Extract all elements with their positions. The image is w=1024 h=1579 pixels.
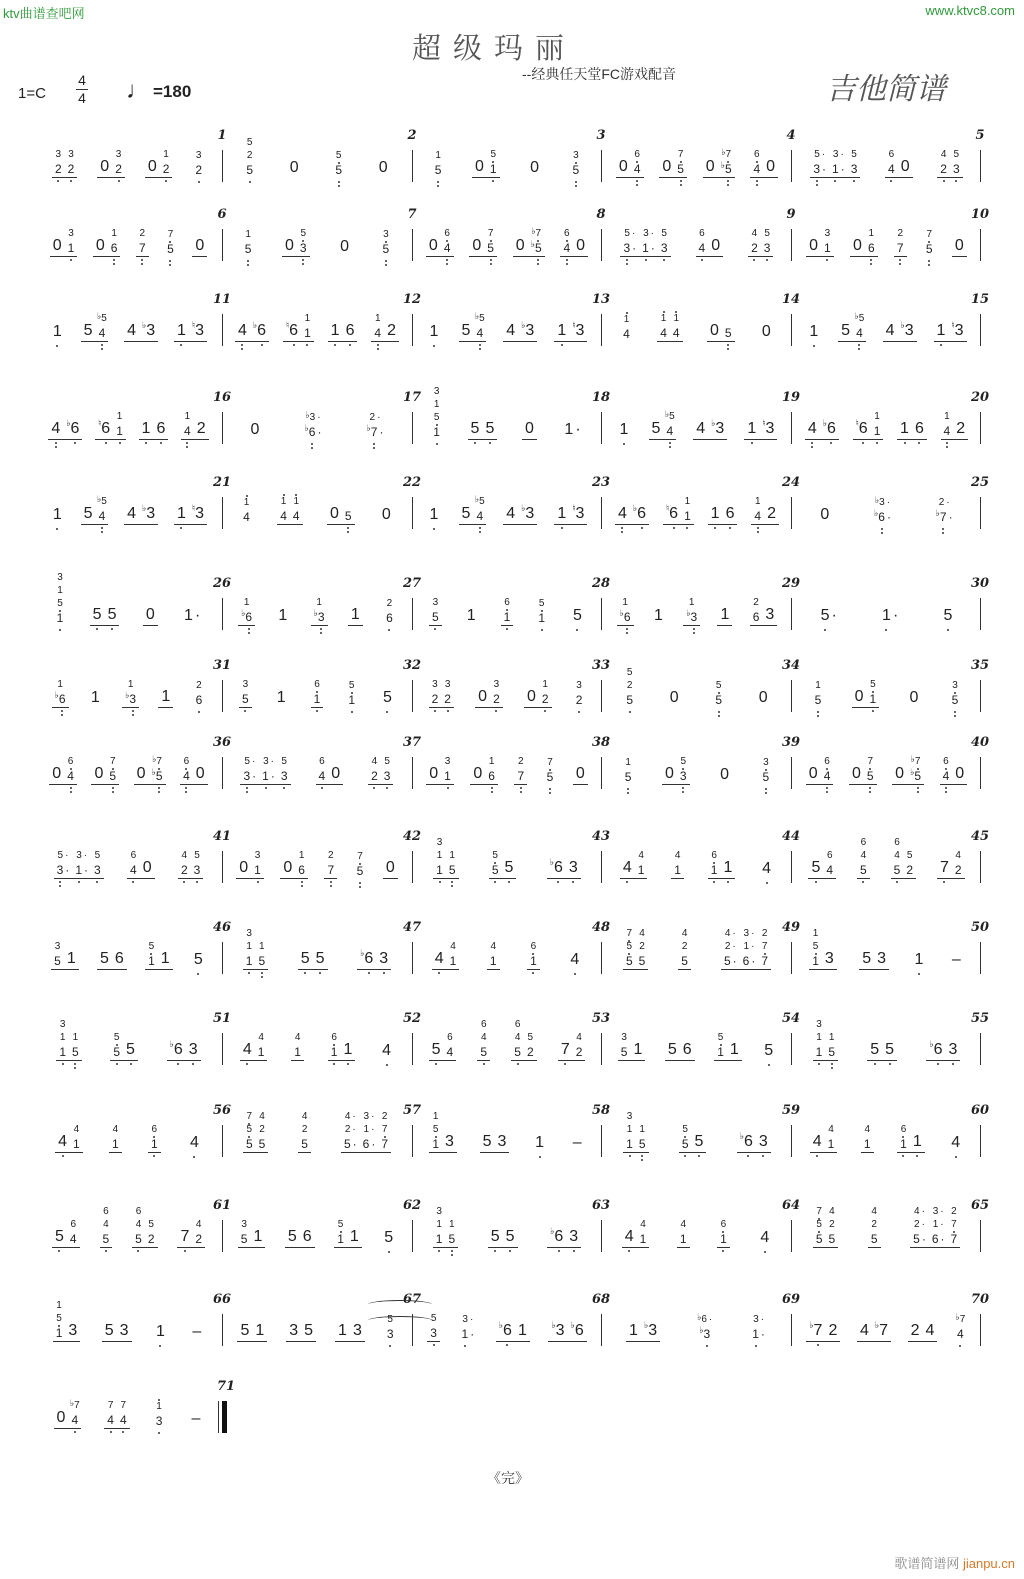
note-digit: 3	[146, 506, 155, 522]
note-column: 53	[381, 757, 394, 785]
note-column: 0	[717, 767, 732, 785]
note-column: 0	[513, 238, 528, 257]
note-digit: 5	[435, 164, 442, 176]
note-digit: 6	[68, 757, 74, 767]
beat: 441	[810, 1125, 838, 1153]
note-column: 4·2·5·	[721, 929, 740, 970]
note-digit: 2	[148, 1233, 155, 1245]
low-octave-dot	[718, 711, 720, 713]
note-digit: 5	[506, 1229, 515, 1245]
note-column: 4	[379, 1043, 394, 1061]
sustain-dash: –	[192, 1324, 201, 1340]
note-column: 75	[674, 150, 687, 178]
beat: 64552	[132, 1207, 157, 1248]
note: 1	[867, 693, 880, 708]
note-column: 1♭3	[683, 598, 700, 626]
note-column: 5·3·	[810, 150, 829, 178]
note-column: 311	[623, 1112, 636, 1153]
beat: 26	[383, 599, 396, 626]
note-column: 0	[236, 860, 251, 879]
note: 0	[708, 238, 723, 257]
chord-note: 4	[302, 1112, 308, 1122]
barline	[412, 1033, 413, 1065]
low-octave-dot	[130, 1063, 132, 1065]
barline	[791, 412, 792, 444]
low-octave-dot	[158, 791, 160, 793]
rest: 0	[710, 323, 719, 339]
note: 0	[573, 766, 588, 785]
note: 4	[693, 421, 708, 440]
note: 4	[810, 1134, 825, 1153]
chord-note: 5·	[624, 229, 635, 239]
note-digit: 5	[913, 1233, 920, 1245]
low-octave-dot	[105, 442, 107, 444]
note: 1	[825, 1138, 838, 1153]
low-octave-dot	[333, 1063, 335, 1065]
chord-note: 7	[121, 1401, 127, 1411]
note: 0	[756, 690, 771, 708]
augmentation-dot: ·	[893, 607, 898, 624]
low-octave-dot	[185, 787, 187, 789]
low-octave-dot	[186, 446, 188, 448]
note: 5	[106, 770, 119, 785]
note-digit: 7	[940, 860, 949, 876]
low-octave-dot	[817, 711, 819, 713]
note-digit: 5	[724, 955, 731, 967]
note: ♭6	[926, 1042, 945, 1061]
beat: 5♭54	[459, 314, 487, 342]
beat: 525	[243, 138, 256, 178]
note-digit: 1	[177, 323, 186, 339]
beat: 1♮3	[554, 506, 587, 525]
low-octave-dot	[158, 1432, 160, 1434]
note-column: ♭7	[872, 1323, 891, 1342]
augmentation-dot: ·	[632, 241, 636, 255]
note-column: 32	[52, 150, 65, 178]
note-digit: 5	[113, 1046, 120, 1058]
note-digit: 1	[490, 163, 497, 175]
low-octave-dot	[636, 180, 638, 182]
note-column: 5	[342, 510, 355, 525]
note-digit: 1	[622, 598, 628, 608]
note-digit: 4	[828, 1125, 834, 1135]
note-column: 15	[69, 1033, 82, 1061]
note: 7	[514, 770, 527, 785]
low-octave-dot	[347, 531, 349, 533]
note-column: 42	[937, 150, 950, 178]
beat: 640	[316, 757, 344, 785]
high-octave-dot	[675, 311, 677, 313]
barline	[222, 942, 223, 974]
note-digit: 5	[462, 506, 471, 522]
note-digit: 3	[76, 851, 82, 861]
note: 1	[897, 421, 912, 440]
note-digit: 6	[386, 612, 393, 624]
note-column: ♭7	[806, 1323, 825, 1342]
low-octave-dot	[916, 1155, 918, 1157]
note-digit: 1	[900, 1138, 907, 1150]
rest: 0	[759, 690, 768, 706]
note-digit: 3	[573, 151, 579, 161]
site-url-right: www.ktvc8.com	[925, 3, 1015, 18]
low-octave-dot	[122, 1431, 124, 1433]
note-digit: 1	[642, 242, 649, 254]
chord-note: 5	[680, 757, 686, 767]
note-digit: 6	[564, 229, 570, 239]
note-digit: 6	[101, 421, 110, 437]
low-octave-dot	[817, 715, 819, 717]
low-octave-dot	[386, 1064, 388, 1066]
note-digit: 5	[816, 1233, 823, 1245]
low-octave-dot	[718, 715, 720, 717]
chord-note: 5	[492, 851, 498, 861]
note: 1·	[459, 1328, 478, 1342]
note: 0	[522, 421, 537, 440]
note: 5	[618, 1046, 631, 1061]
note-digit: 5	[492, 864, 499, 876]
beat: 35	[429, 598, 442, 626]
beat: 1	[50, 324, 65, 342]
low-octave-dot	[141, 263, 143, 265]
note: 5	[237, 1323, 252, 1342]
note: ♭6	[737, 1134, 756, 1153]
note: 4	[67, 1233, 80, 1248]
low-octave-dot	[549, 788, 551, 790]
note-column: 5	[81, 323, 96, 342]
beat: 012	[524, 680, 552, 708]
note-digit: 4	[754, 510, 761, 522]
low-octave-dot	[942, 532, 944, 534]
beat: 441	[622, 1220, 650, 1248]
note: 3	[822, 951, 837, 970]
beat: 0	[287, 160, 302, 178]
chord-note: 3	[383, 230, 389, 240]
rest: 0	[143, 860, 152, 876]
note-digit: 3	[494, 680, 500, 690]
note-column: 5	[298, 951, 313, 970]
chord-note: 4	[941, 150, 947, 160]
beat: 7474	[104, 1401, 129, 1429]
note-digit: 5	[72, 1046, 79, 1058]
note-digit: 1	[685, 497, 691, 507]
beat: 645	[857, 838, 870, 879]
low-octave-dot	[433, 528, 435, 530]
low-octave-dot	[377, 348, 379, 350]
note-digit: 5	[246, 1138, 253, 1150]
note-digit: 1	[684, 510, 691, 522]
measure: 56464564552742	[42, 1207, 215, 1248]
rest: 0	[340, 239, 349, 255]
note: 1	[626, 1323, 641, 1342]
note: 5	[301, 1323, 316, 1342]
note-digit: 2	[259, 1125, 265, 1135]
note-digit: 1	[116, 425, 123, 437]
low-octave-dot	[180, 344, 182, 346]
augmentation-dot: ·	[575, 421, 580, 438]
watermark-text: 歌谱简谱网	[894, 1556, 959, 1571]
beat: 511	[145, 942, 173, 970]
note-digit: 5	[258, 955, 265, 967]
note: 4	[117, 1414, 130, 1429]
barline	[601, 150, 602, 182]
low-octave-dot	[74, 1063, 76, 1065]
note-digit: 1	[293, 497, 299, 507]
chord-note: 4	[639, 929, 645, 939]
note-column: 7	[177, 1229, 192, 1248]
chord-note: ♭7	[152, 757, 162, 767]
note: 2	[953, 421, 968, 440]
note-digit: 5	[626, 694, 633, 706]
chord-note: 1	[111, 229, 117, 239]
note-digit: 4	[372, 757, 378, 767]
note: 0	[952, 766, 967, 785]
note: 1	[348, 607, 363, 626]
note-column: 5	[480, 1134, 495, 1153]
note: 1	[70, 1138, 83, 1153]
note-digit: 3	[432, 680, 438, 690]
beat: 2·♭7·	[933, 498, 956, 525]
note-column: 1	[806, 324, 821, 342]
measure-number: 19	[782, 390, 800, 405]
beat: 0	[248, 422, 263, 440]
note-column: 51	[867, 680, 880, 708]
note-digit: 5	[126, 1042, 135, 1058]
chord-note: 3·	[364, 1112, 375, 1122]
note: 1·	[639, 242, 658, 257]
note-digit: 5	[870, 1042, 879, 1058]
low-octave-dot	[572, 881, 574, 883]
measure-number: 68	[592, 1292, 610, 1307]
chord-note: 2	[518, 757, 524, 767]
beat: 41	[861, 1125, 874, 1153]
note-column: 2	[953, 421, 968, 440]
note-column: 645	[132, 1207, 145, 1248]
note: 4	[235, 323, 250, 342]
note-column: ♭6	[250, 323, 269, 342]
note-column: 1	[64, 951, 79, 970]
measure: 141414050	[228, 497, 406, 525]
chord-note: 1	[829, 1033, 835, 1043]
note-column: 645	[511, 1020, 524, 1061]
note-digit: 1	[299, 851, 305, 861]
chord-note: 3	[55, 942, 61, 952]
augmentation-dot: ·	[352, 1111, 355, 1122]
note: 1	[250, 1229, 265, 1248]
note-digit: 5	[479, 314, 485, 324]
note: 5	[891, 864, 904, 879]
note: 0	[192, 238, 207, 257]
note-column: 4	[615, 506, 630, 525]
note-digit: 1	[620, 422, 629, 438]
low-octave-dot	[506, 1344, 508, 1346]
chord-note: 3	[68, 150, 74, 160]
note-digit: 7	[74, 1401, 80, 1411]
note-digit: 6	[889, 150, 895, 160]
low-octave-dot	[180, 527, 182, 529]
note: 5·	[721, 955, 740, 970]
beat: 31115	[433, 1207, 458, 1248]
note-digit: 1	[262, 770, 269, 782]
note-digit: 3	[281, 770, 288, 782]
note-digit: 2	[762, 929, 768, 939]
beat: 0♭7♭5	[892, 757, 924, 785]
note-column: 0	[143, 607, 158, 626]
note-column: ♭54	[96, 314, 109, 342]
note-column: 35	[949, 681, 962, 708]
beat: 640	[180, 757, 208, 785]
note: 4	[48, 421, 63, 440]
note-column: 5	[692, 1134, 707, 1153]
note-column: 14	[751, 497, 764, 525]
low-octave-dot	[945, 787, 947, 789]
note-digit: 1	[937, 323, 946, 339]
augmentation-dot: ·	[832, 607, 837, 624]
beat: 4	[187, 1135, 202, 1153]
note: 5	[100, 1233, 113, 1248]
low-octave-dot	[248, 628, 250, 630]
beat: 4♭3	[503, 323, 537, 342]
chord-note: 1	[73, 1033, 79, 1043]
note: 4	[885, 163, 898, 178]
note-digit: 4	[640, 1220, 646, 1230]
beat: 0♭7♭5	[513, 229, 545, 257]
song-title: 超级玛丽	[412, 26, 576, 67]
chord-note: ♭3·	[305, 413, 320, 423]
chord-note: 1	[813, 929, 819, 939]
beat: 0	[717, 767, 732, 785]
low-octave-dot	[684, 1155, 686, 1157]
note: 6	[108, 242, 121, 257]
note-digit: 1	[258, 1046, 265, 1058]
rest: 0	[290, 160, 299, 176]
low-octave-dot	[169, 264, 171, 266]
note-digit: 5	[240, 1323, 249, 1339]
beat: 1	[806, 324, 821, 342]
chord-note: 2	[951, 1207, 957, 1217]
chord-note: 4	[682, 929, 688, 939]
note-digit: 5	[55, 1229, 64, 1245]
chord-note: 1	[816, 1033, 822, 1043]
score-row: 15♭544♭31♮314141405015♭544♭31♮34♭6♮61116…	[0, 461, 1024, 541]
note-column: 1	[720, 860, 735, 879]
note: ♭7·	[933, 511, 956, 525]
note-digit: 1	[161, 689, 170, 705]
note: 4	[670, 327, 683, 342]
note-digit: 5	[539, 599, 545, 609]
chord-note: 1	[246, 942, 252, 952]
beat: 5♭54	[838, 314, 866, 342]
low-octave-dot	[629, 1155, 631, 1157]
note: 3·	[620, 242, 639, 257]
beat: 032	[97, 150, 125, 178]
note-digit: 5	[433, 1125, 439, 1135]
note-column: 0	[379, 507, 394, 525]
note: 0	[383, 860, 398, 879]
beat: 27	[894, 229, 907, 257]
beat: 742	[177, 1220, 205, 1248]
note-column: 3	[756, 1134, 771, 1153]
note-digit: 4	[295, 1033, 301, 1043]
note: 4	[853, 327, 866, 342]
note-column: 2	[908, 1323, 923, 1342]
note-column: 61	[708, 851, 721, 879]
low-octave-dot	[302, 259, 304, 261]
note-digit: 1	[557, 506, 566, 522]
note-digit: 3	[289, 1323, 298, 1339]
low-octave-dot	[561, 527, 563, 529]
note-digit: 5	[432, 611, 439, 623]
note-column: 26	[383, 599, 396, 626]
beat: 16	[139, 421, 169, 440]
low-octave-dot	[58, 1250, 60, 1252]
note-digit: 3	[195, 506, 204, 522]
note: 3	[117, 1323, 132, 1342]
barline	[980, 1220, 981, 1252]
chord-note: 6	[531, 942, 537, 952]
note-column: 5	[482, 421, 497, 440]
note-digit: 6	[257, 323, 266, 339]
note-digit: 1	[277, 690, 286, 706]
note-digit: 3	[569, 1229, 578, 1245]
chord-note: 7	[926, 230, 932, 240]
chord-note: ♭5	[97, 497, 107, 507]
chord-note: 5	[338, 1220, 344, 1230]
low-octave-dot	[942, 528, 944, 530]
note-column: 41	[487, 942, 500, 970]
note: 5	[380, 690, 395, 708]
note-column: 1♭3	[311, 598, 328, 626]
note-column: ♭74	[954, 1315, 967, 1342]
beat: 0	[817, 507, 832, 525]
barline	[412, 150, 413, 182]
end-mark: 《完》	[0, 1468, 1016, 1488]
beat: 53	[859, 951, 889, 970]
note-digit: 3	[189, 1042, 198, 1058]
tie-arc	[368, 1300, 432, 1309]
note-digit: 5	[811, 860, 820, 876]
note: 1	[717, 607, 732, 626]
note-digit: 4	[638, 851, 644, 861]
note-column: 0	[703, 159, 718, 178]
low-octave-dot	[192, 1063, 194, 1065]
note-column: 0	[469, 238, 484, 257]
chord-note: 3	[116, 150, 122, 160]
low-octave-dot	[153, 1155, 155, 1157]
note-digit: 1	[316, 598, 322, 608]
note-column: 3	[495, 1134, 510, 1153]
beat: 425	[678, 929, 691, 970]
note-column: ♮6	[283, 323, 301, 342]
barline	[412, 229, 413, 261]
note-digit: 6	[701, 1315, 707, 1325]
note-digit: 5	[725, 163, 732, 175]
note-column: 3	[874, 951, 889, 970]
note-digit: 1	[812, 955, 819, 967]
note: 6	[193, 694, 206, 708]
note: 1	[345, 694, 358, 708]
note-column: 1	[328, 323, 343, 342]
note: 3	[848, 163, 861, 178]
note-digit: 6	[504, 598, 510, 608]
beat: 27	[136, 229, 149, 257]
note-digit: 1	[331, 323, 340, 339]
low-octave-dot	[757, 527, 759, 529]
note-digit: 1	[640, 1233, 647, 1245]
chord-note: 1	[185, 412, 191, 422]
note-column: 3·1·	[829, 150, 848, 178]
note-digit: 6	[111, 242, 118, 254]
chord-note: 5	[661, 229, 667, 239]
